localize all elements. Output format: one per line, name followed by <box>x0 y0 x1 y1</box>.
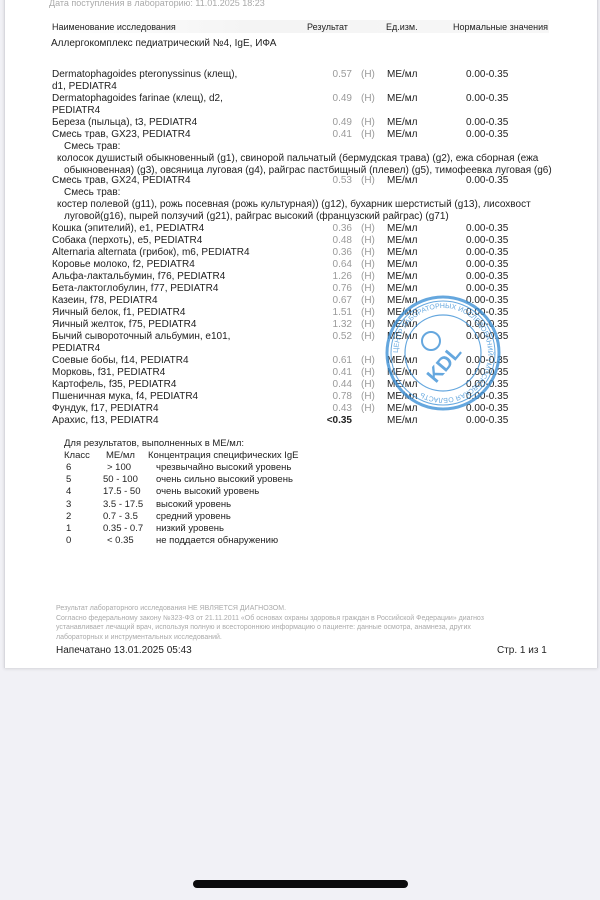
high-flag: (H) <box>361 247 375 258</box>
test-name: Береза (пыльца), t3, PEDIATR4 <box>52 117 197 129</box>
result-value: 0.61 <box>312 355 352 366</box>
high-flag: (H) <box>361 319 375 330</box>
result-value: <0.35 <box>312 415 352 426</box>
test-name: Фундук, f17, PEDIATR4 <box>52 403 159 415</box>
test-name: Картофель, f35, PEDIATR4 <box>52 379 176 391</box>
legend-class: 2 <box>66 511 71 522</box>
unit: МЕ/мл <box>387 223 418 234</box>
high-flag: (H) <box>361 271 375 282</box>
legend-header: Класс <box>64 450 90 461</box>
svg-text:KDL: KDL <box>423 341 466 387</box>
detail-line: костер полевой (g11), рожь посевная (рож… <box>57 199 531 211</box>
high-flag: (H) <box>361 331 375 342</box>
test-name: Dermatophagoides pteronyssinus (клещ),d1… <box>52 69 237 92</box>
disclaimer-line: Согласно федеральному закону №323-ФЗ от … <box>56 614 484 623</box>
legend-range: 17.5 - 50 <box>103 486 141 497</box>
result-value: 0.36 <box>312 247 352 258</box>
result-value: 1.51 <box>312 307 352 318</box>
normal-range: 0.00-0.35 <box>466 223 508 234</box>
normal-range: 0.00-0.35 <box>466 93 508 104</box>
test-name: Морковь, f31, PEDIATR4 <box>52 367 165 379</box>
legend-description: высокий уровень <box>156 499 231 510</box>
high-flag: (H) <box>361 259 375 270</box>
disclaimer-line: устанавливает лечащий врач, используя по… <box>56 623 471 632</box>
legend-range: > 100 <box>107 462 131 473</box>
header-norm: Нормальные значения <box>453 22 548 32</box>
header-result: Результат <box>307 22 348 32</box>
result-value: 0.43 <box>312 403 352 414</box>
printed-date: Напечатано 13.01.2025 05:43 <box>56 645 192 656</box>
unit: МЕ/мл <box>387 93 418 104</box>
high-flag: (H) <box>361 69 375 80</box>
detail-label: Смесь трав: <box>64 187 120 199</box>
test-name: Бета-лактоглобулин, f77, PEDIATR4 <box>52 283 218 295</box>
normal-range: 0.00-0.35 <box>466 271 508 282</box>
disclaimer-line: лабораторных и инструментальных исследов… <box>56 633 222 642</box>
received-date: Дата поступления в лабораторию: 11.01.20… <box>49 0 265 8</box>
legend-description: низкий уровень <box>156 523 224 534</box>
high-flag: (H) <box>361 295 375 306</box>
result-value: 0.64 <box>312 259 352 270</box>
legend-description: очень высокий уровень <box>156 486 259 497</box>
legend-range: 3.5 - 17.5 <box>103 499 143 510</box>
test-name: Смесь трав, GX24, PEDIATR4 <box>52 175 191 187</box>
high-flag: (H) <box>361 117 375 128</box>
legend-class: 0 <box>66 535 71 546</box>
legend-range: 0.7 - 3.5 <box>103 511 138 522</box>
test-name: Alternaria alternata (грибок), m6, PEDIA… <box>52 247 250 259</box>
disclaimer-line: Результат лабораторного исследования НЕ … <box>56 604 286 613</box>
report-page: Дата поступления в лабораторию: 11.01.20… <box>4 0 598 668</box>
lab-stamp-icon: ЦЕНТР ЛАБОРАТОРНЫХ ИССЛЕДОВАНИЙ • МОСКОВ… <box>383 293 503 413</box>
high-flag: (H) <box>361 367 375 378</box>
unit: МЕ/мл <box>387 235 418 246</box>
legend-header: Концентрация специфических IgE <box>148 450 299 461</box>
complex-title: Аллергокомплекс педиатрический №4, IgE, … <box>51 38 276 49</box>
result-value: 0.49 <box>312 117 352 128</box>
high-flag: (H) <box>361 403 375 414</box>
home-indicator[interactable] <box>193 880 408 888</box>
legend-header: МЕ/мл <box>106 450 135 461</box>
test-name: Яичный белок, f1, PEDIATR4 <box>52 307 185 319</box>
unit: МЕ/мл <box>387 271 418 282</box>
result-value: 1.26 <box>312 271 352 282</box>
legend-range: 0.35 - 0.7 <box>103 523 143 534</box>
test-name: Dermatophagoides farinae (клещ), d2,PEDI… <box>52 93 223 116</box>
legend-description: средний уровень <box>156 511 231 522</box>
legend-class: 4 <box>66 486 71 497</box>
test-name: Собака (перхоть), e5, PEDIATR4 <box>52 235 202 247</box>
legend-range: 50 - 100 <box>103 474 138 485</box>
header-unit: Ед.изм. <box>386 22 418 32</box>
normal-range: 0.00-0.35 <box>466 69 508 80</box>
legend-class: 3 <box>66 499 71 510</box>
normal-range: 0.00-0.35 <box>466 415 508 426</box>
result-value: 0.78 <box>312 391 352 402</box>
result-value: 0.52 <box>312 331 352 342</box>
page-number: Стр. 1 из 1 <box>497 645 547 656</box>
detail-line: колосок душистый обыкновенный (g1), свин… <box>57 153 538 165</box>
high-flag: (H) <box>361 307 375 318</box>
header-name: Наименование исследования <box>52 22 176 32</box>
legend-intro: Для результатов, выполненных в МЕ/мл: <box>64 438 244 449</box>
normal-range: 0.00-0.35 <box>466 247 508 258</box>
high-flag: (H) <box>361 283 375 294</box>
high-flag: (H) <box>361 129 375 140</box>
legend-class: 5 <box>66 474 71 485</box>
legend-class: 1 <box>66 523 71 534</box>
test-name: Смесь трав, GX23, PEDIATR4 <box>52 129 191 141</box>
high-flag: (H) <box>361 355 375 366</box>
result-value: 0.48 <box>312 235 352 246</box>
test-name: Арахис, f13, PEDIATR4 <box>52 415 159 427</box>
legend-class: 6 <box>66 462 71 473</box>
unit: МЕ/мл <box>387 247 418 258</box>
detail-line: луговой(g16), пырей ползучий (g21), райг… <box>64 211 449 223</box>
normal-range: 0.00-0.35 <box>466 259 508 270</box>
test-name: Соевые бобы, f14, PEDIATR4 <box>52 355 189 367</box>
high-flag: (H) <box>361 235 375 246</box>
high-flag: (H) <box>361 223 375 234</box>
result-value: 0.67 <box>312 295 352 306</box>
legend-range: < 0.35 <box>107 535 134 546</box>
detail-label: Смесь трав: <box>64 141 120 153</box>
legend-description: чрезвычайно высокий уровень <box>156 462 291 473</box>
legend-description: очень сильно высокий уровень <box>156 474 293 485</box>
test-name: Казеин, f78, PEDIATR4 <box>52 295 158 307</box>
test-name: Коровье молоко, f2, PEDIATR4 <box>52 259 195 271</box>
result-value: 0.44 <box>312 379 352 390</box>
result-value: 0.41 <box>312 367 352 378</box>
test-name: Кошка (эпителий), e1, PEDIATR4 <box>52 223 204 235</box>
detail-line: обыкновенная) (g3), овсяница луговая (g4… <box>64 165 552 177</box>
result-value: 0.36 <box>312 223 352 234</box>
unit: МЕ/мл <box>387 259 418 270</box>
unit: МЕ/мл <box>387 117 418 128</box>
legend-description: не поддается обнаружению <box>156 535 278 546</box>
normal-range: 0.00-0.35 <box>466 235 508 246</box>
high-flag: (H) <box>361 93 375 104</box>
result-value: 0.57 <box>312 69 352 80</box>
test-name: Яичный желток, f75, PEDIATR4 <box>52 319 196 331</box>
result-value: 0.49 <box>312 93 352 104</box>
unit: МЕ/мл <box>387 415 418 426</box>
result-value: 0.41 <box>312 129 352 140</box>
normal-range: 0.00-0.35 <box>466 129 508 140</box>
high-flag: (H) <box>361 391 375 402</box>
unit: МЕ/мл <box>387 69 418 80</box>
test-name: Пшеничная мука, f4, PEDIATR4 <box>52 391 198 403</box>
high-flag: (H) <box>361 379 375 390</box>
unit: МЕ/мл <box>387 129 418 140</box>
test-name: Бычий сывороточный альбумин, e101,PEDIAT… <box>52 331 230 354</box>
result-value: 1.32 <box>312 319 352 330</box>
test-name: Альфа-лактальбумин, f76, PEDIATR4 <box>52 271 225 283</box>
normal-range: 0.00-0.35 <box>466 117 508 128</box>
result-value: 0.76 <box>312 283 352 294</box>
